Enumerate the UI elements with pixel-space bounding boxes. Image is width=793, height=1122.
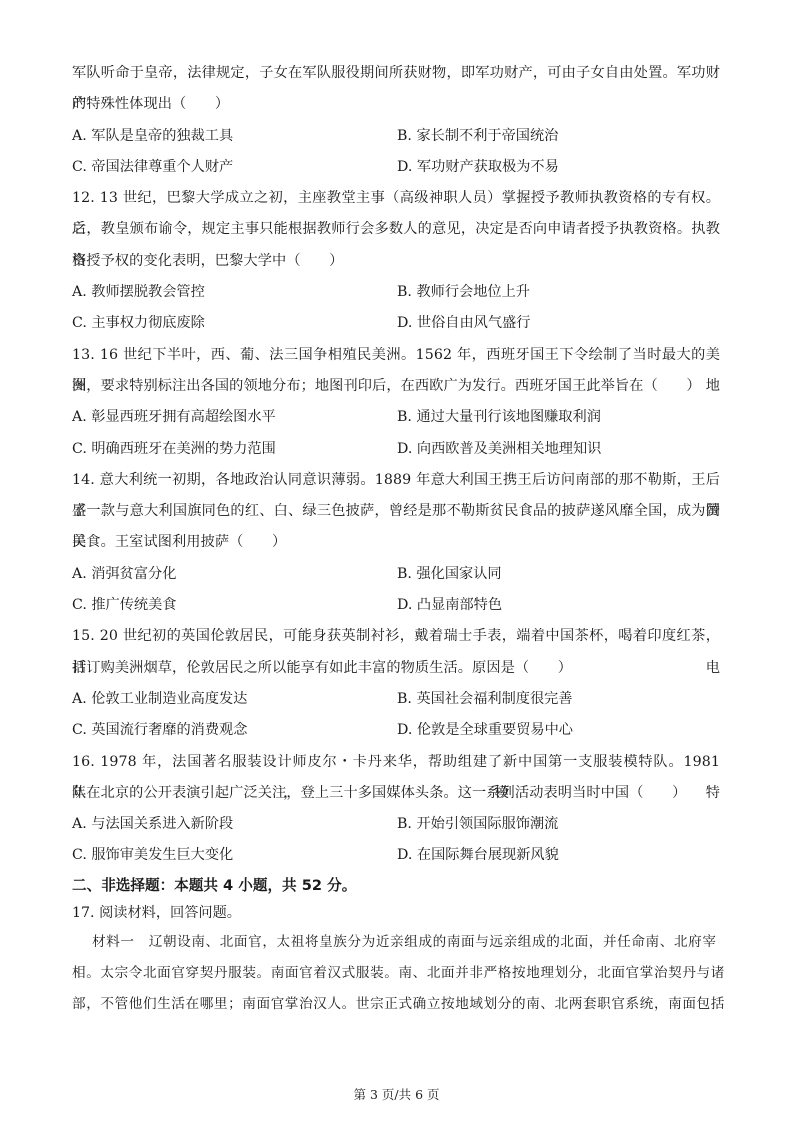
option-row: A. 军队是皇帝的独裁工具 B. 家长制不利于帝国统治	[72, 121, 720, 152]
question-12: 12. 13 世纪，巴黎大学成立之初，主座教堂主事（高级神职人员）掌握授予教师执…	[72, 183, 720, 339]
question-13: 13. 16 世纪下半叶，西、葡、法三国争相殖民美洲。1562 年，西班牙国王下…	[72, 340, 720, 465]
option-b: B. 开始引领国际服饰潮流	[397, 809, 558, 840]
option-d: D. 在国际舞台展现新风貌	[397, 840, 559, 871]
question-stem-line: 12. 13 世纪，巴黎大学成立之初，主座教堂主事（高级神职人员）掌握授予教师执…	[72, 183, 720, 214]
option-a: A. 伦敦工业制造业高度发达	[72, 684, 397, 715]
option-d: D. 向西欧普及美洲相关地理知识	[397, 434, 601, 465]
question-stem-line: 的特殊性体现出（ ）	[72, 89, 720, 120]
option-row: C. 英国流行奢靡的消费观念 D. 伦敦是全球重要贸易中心	[72, 715, 720, 746]
option-c: C. 明确西班牙在美洲的势力范围	[72, 434, 397, 465]
question-stem-line: 15. 20 世纪初的英国伦敦居民，可能身获英制衬衫，戴着瑞士手表，端着中国茶杯…	[72, 621, 720, 652]
question-stem-line: 军队听命于皇帝，法律规定，子女在军队服役期间所获财物，即军功财产，可由子女自由处…	[72, 58, 720, 89]
question-stem-line: 美食。王室试图利用披萨（ ）	[72, 527, 720, 558]
question-16: 16. 1978 年，法国著名服装设计师皮尔・卡丹来华，帮助组建了新中国第一支服…	[72, 747, 720, 872]
exam-page: 军队听命于皇帝，法律规定，子女在军队服役期间所获财物，即军功财产，可由子女自由处…	[72, 58, 720, 1021]
option-a: A. 教师摆脱教会管控	[72, 277, 397, 308]
option-row: A. 伦敦工业制造业高度发达 B. 英国社会福利制度很完善	[72, 684, 720, 715]
option-row: C. 服饰审美发生巨大变化 D. 在国际舞台展现新风貌	[72, 840, 720, 871]
material-line: 相。太宗令北面官穿契丹服装。南面官着汉式服装。南、北面并非严格按地理划分，北面官…	[72, 958, 720, 989]
question-prompt: 17. 阅读材料，回答问题。	[72, 899, 720, 927]
question-15: 15. 20 世纪初的英国伦敦居民，可能身获英制衬衫，戴着瑞士手表，端着中国茶杯…	[72, 621, 720, 746]
option-c: C. 英国流行奢靡的消费观念	[72, 715, 397, 746]
option-row: C. 明确西班牙在美洲的势力范围 D. 向西欧普及美洲相关地理知识	[72, 434, 720, 465]
option-b: B. 英国社会福利制度很完善	[397, 684, 573, 715]
option-b: B. 通过大量刊行该地图赚取利润	[397, 402, 601, 433]
question-stem-line: 了一款与意大利国旗同色的红、白、绿三色披萨，曾经是那不勒斯贫民食品的披萨遂风靡全…	[72, 496, 720, 527]
question-11: 军队听命于皇帝，法律规定，子女在军队服役期间所获财物，即军功财产，可由子女自由处…	[72, 58, 720, 183]
option-d: D. 凸显南部特色	[397, 590, 502, 621]
option-row: C. 帝国法律尊重个人财产 D. 军功财产获取极为不易	[72, 152, 720, 183]
question-14: 14. 意大利统一初期，各地政治认同意识薄弱。1889 年意大利国王携王后访问南…	[72, 465, 720, 621]
option-row: C. 推广传统美食 D. 凸显南部特色	[72, 590, 720, 621]
option-row: A. 消弭贫富分化 B. 强化国家认同	[72, 559, 720, 590]
question-stem-line: 后，教皇颁布谕令，规定主事只能根据教师行会多数人的意见，决定是否向申请者授予执教…	[72, 214, 720, 245]
option-row: A. 与法国关系进入新阶段 B. 开始引领国际服饰潮流	[72, 809, 720, 840]
question-stem-line: 14. 意大利统一初期，各地政治认同意识薄弱。1889 年意大利国王携王后访问南…	[72, 465, 720, 496]
option-c: C. 主事权力彻底废除	[72, 308, 397, 339]
section-heading: 二、非选择题：本题共 4 小题，共 52 分。	[72, 872, 720, 899]
option-b: B. 教师行会地位上升	[397, 277, 530, 308]
question-stem-line: 队在北京的公开表演引起广泛关注，登上三十多国媒体头条。这一系列活动表明当时中国（…	[72, 778, 720, 809]
material-line: 部，不管他们生活在哪里；南面官掌治汉人。世宗正式确立按地域划分的南、北两套职官系…	[72, 989, 720, 1020]
question-stem-line: 图，要求特别标注出各国的领地分布；地图刊印后，在西欧广为发行。西班牙国王此举旨在…	[72, 371, 720, 402]
option-a: A. 军队是皇帝的独裁工具	[72, 121, 397, 152]
option-row: A. 教师摆脱教会管控 B. 教师行会地位上升	[72, 277, 720, 308]
question-stem-line: 13. 16 世纪下半叶，西、葡、法三国争相殖民美洲。1562 年，西班牙国王下…	[72, 340, 720, 371]
option-b: B. 强化国家认同	[397, 559, 502, 590]
option-c: C. 帝国法律尊重个人财产	[72, 152, 397, 183]
option-row: A. 彰显西班牙拥有高超绘图水平 B. 通过大量刊行该地图赚取利润	[72, 402, 720, 433]
option-c: C. 服饰审美发生巨大变化	[72, 840, 397, 871]
question-stem-line: 16. 1978 年，法国著名服装设计师皮尔・卡丹来华，帮助组建了新中国第一支服…	[72, 747, 720, 778]
option-a: A. 与法国关系进入新阶段	[72, 809, 397, 840]
option-d: D. 伦敦是全球重要贸易中心	[397, 715, 573, 746]
option-c: C. 推广传统美食	[72, 590, 397, 621]
question-stem-line: 格授予权的变化表明，巴黎大学中（ ）	[72, 246, 720, 277]
option-b: B. 家长制不利于帝国统治	[397, 121, 558, 152]
material-line: 材料一 辽朝设南、北面官，太祖将皇族分为近亲组成的南面与远亲组成的北面，并任命南…	[72, 927, 720, 958]
option-a: A. 消弭贫富分化	[72, 559, 397, 590]
question-17: 17. 阅读材料，回答问题。 材料一 辽朝设南、北面官，太祖将皇族分为近亲组成的…	[72, 899, 720, 1021]
option-d: D. 世俗自由风气盛行	[397, 308, 530, 339]
option-d: D. 军功财产获取极为不易	[397, 152, 559, 183]
option-row: C. 主事权力彻底废除 D. 世俗自由风气盛行	[72, 308, 720, 339]
option-a: A. 彰显西班牙拥有高超绘图水平	[72, 402, 397, 433]
page-number: 第 3 页/共 6 页	[0, 1085, 793, 1103]
